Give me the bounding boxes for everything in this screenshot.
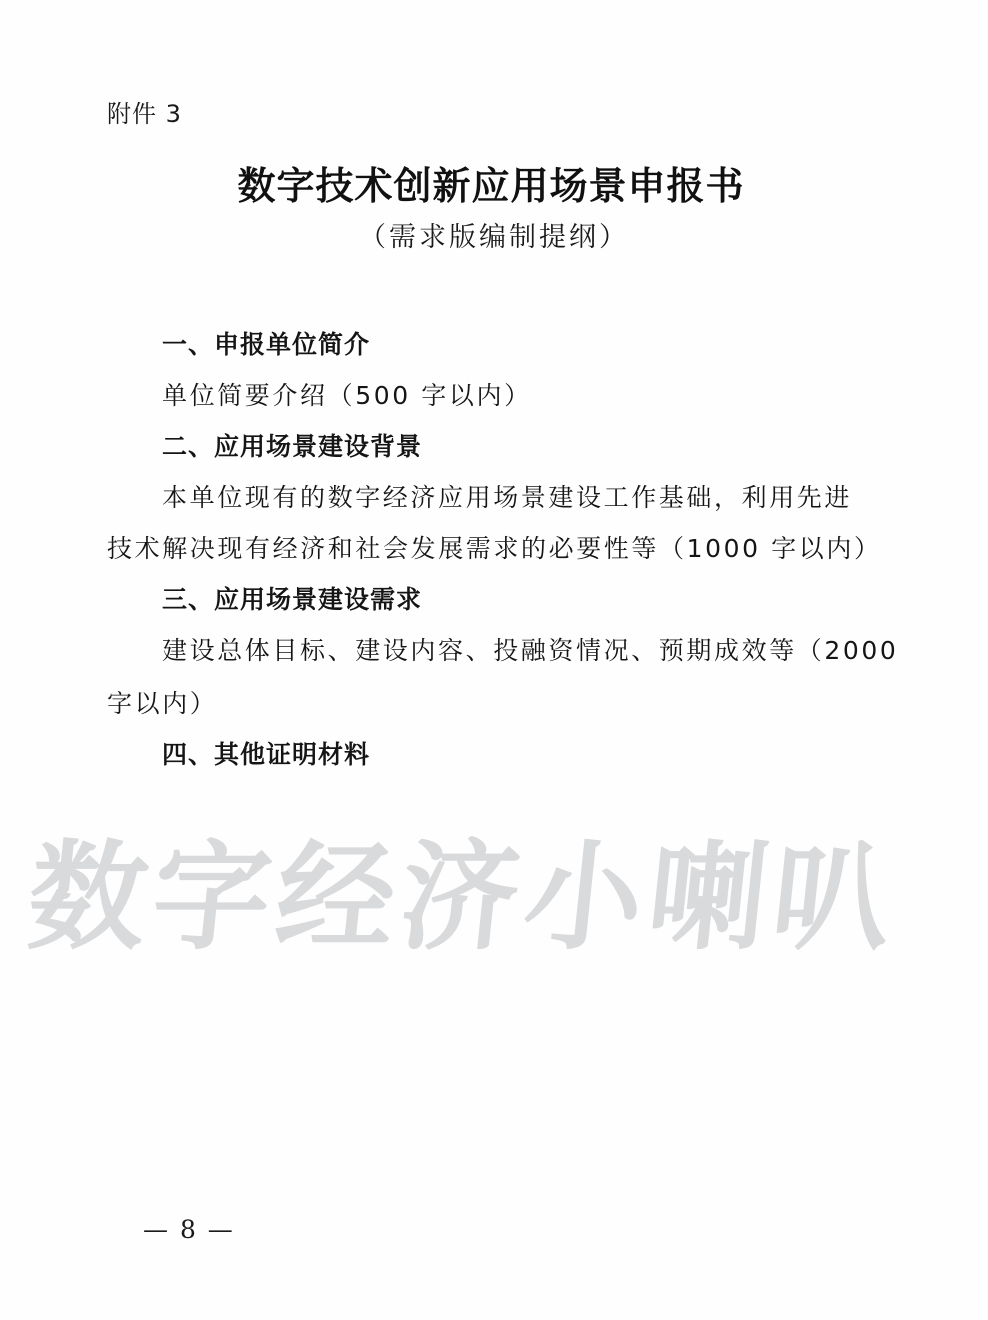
section-heading-4: 四、其他证明材料 [162, 737, 370, 773]
page-number: — 8 — [143, 1212, 235, 1248]
document-subtitle: （需求版编制提纲） [0, 220, 988, 256]
section-body-3-line-2: 字以内） [107, 686, 217, 722]
document-title: 数字技术创新应用场景申报书 [0, 162, 988, 210]
section-body-2-line-1: 本单位现有的数字经济应用场景建设工作基础，利用先进 [162, 480, 852, 516]
section-heading-1: 一、申报单位简介 [162, 327, 370, 363]
section-heading-2: 二、应用场景建设背景 [162, 429, 422, 465]
document-title-text: 数字技术创新应用场景申报书 [237, 162, 744, 210]
document-page: 附件 3 数字技术创新应用场景申报书 （需求版编制提纲） 一、申报单位简介 单位… [0, 0, 988, 1320]
watermark: 数字经济小喇叭 [22, 812, 938, 962]
section-heading-3: 三、应用场景建设需求 [162, 582, 422, 618]
attachment-label: 附件 3 [107, 98, 182, 130]
section-body-2-line-2: 技术解决现有经济和社会发展需求的必要性等（1000 字以内） [107, 531, 882, 567]
section-body-1-line-1: 单位简要介绍（500 字以内） [162, 378, 532, 414]
section-body-3-line-1: 建设总体目标、建设内容、投融资情况、预期成效等（2000 [162, 633, 898, 669]
